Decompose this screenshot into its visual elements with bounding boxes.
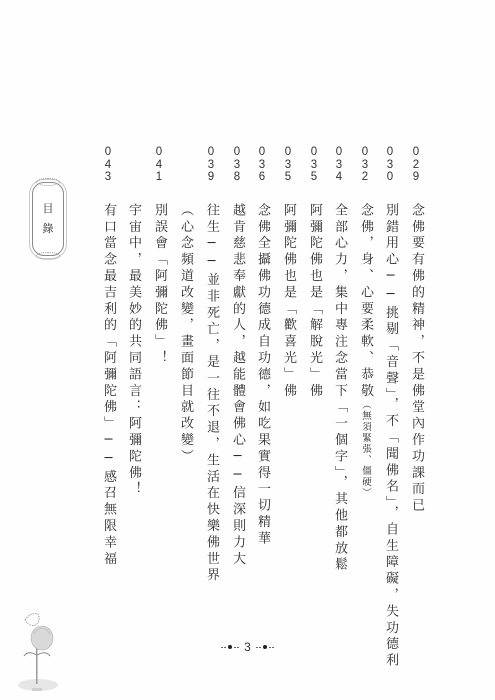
page-number-value: 3 (244, 640, 251, 654)
toc-entry-title: 全部心力，集中專注念當下「一個字」，其他都放鬆 (329, 203, 349, 574)
toc-entry-029: 0 2 9 念佛要有佛的精神，不是佛堂內作功課而已 (406, 146, 426, 515)
book-page: 0 2 9 念佛要有佛的精神，不是佛堂內作功課而已 0 3 0 別錯用心──挑剔… (0, 0, 495, 700)
toc-entry-041-subtitle: 宇宙中，最美妙的共同語言：阿彌陀佛！ (123, 203, 143, 498)
toc-entry-title: 有口當念最吉利的「阿彌陀佛」──感召無限幸福 (98, 203, 118, 568)
toc-entry-032: 0 3 2 念佛，身、心要柔軟、恭敬（無須緊張、僵硬） (355, 146, 375, 499)
toc-page-number: 0 2 9 (413, 146, 419, 190)
toc-entry-041: 0 4 1 別誤會「阿彌陀佛」！ (149, 146, 169, 367)
toc-page-number: 0 3 0 (387, 146, 393, 190)
toc-entry-title: 越肯慈悲奉獻的人，越能體會佛心──信深則力大 (227, 203, 247, 568)
toc-entry-038: 0 3 8 越肯慈悲奉獻的人，越能體會佛心──信深則力大 (227, 146, 247, 568)
toc-entry-note: （無須緊張、僵硬） (360, 400, 371, 499)
toc-entry-title: 別誤會「阿彌陀佛」！ (149, 203, 169, 367)
toc-entry-title: 念佛，身、心要柔軟、恭敬（無須緊張、僵硬） (355, 203, 375, 499)
toc-page-number: 0 3 8 (234, 146, 240, 190)
toc-page-number: 0 3 4 (336, 146, 342, 190)
toc-entry-035-joy: 0 3 5 阿彌陀佛也是「歡喜光」佛 (278, 146, 298, 400)
toc-page-number: 0 4 1 (156, 146, 162, 190)
toc-page-number: 0 3 5 (311, 146, 317, 190)
page-number-ornament-left (221, 645, 239, 649)
toc-entry-title: 念佛要有佛的精神，不是佛堂內作功課而已 (406, 203, 426, 515)
toc-entry-title: 別錯用心──挑剔「音聲」，不「聞佛名」，自生障礙，失功德利 (380, 203, 400, 670)
toc-entry-title: 往生──並非死亡，是一往不退，生活在快樂佛世界 (201, 203, 221, 584)
toc-page-number: 0 3 5 (285, 146, 291, 190)
toc-entry-036: 0 3 6 念佛全攝佛功德成自功德，如吃果實得一切精華 (252, 146, 272, 547)
toc-page-number: 0 4 3 (105, 146, 111, 190)
toc-entry-title: 阿彌陀佛也是「解脫光」佛 (304, 203, 324, 400)
toc-entry-039: 0 3 9 往生──並非死亡，是一往不退，生活在快樂佛世界 (201, 146, 221, 584)
toc-page-number: 0 3 2 (362, 146, 368, 190)
section-label-char: 目 (43, 203, 54, 215)
section-label-char: 錄 (43, 223, 54, 235)
toc-entry-043: 0 4 3 有口當念最吉利的「阿彌陀佛」──感召無限幸福 (98, 146, 118, 568)
toc-entry-035-liberation: 0 3 5 阿彌陀佛也是「解脫光」佛 (304, 146, 324, 400)
toc-entry-title: 阿彌陀佛也是「歡喜光」佛 (278, 203, 298, 400)
toc-entry-034: 0 3 4 全部心力，集中專注念當下「一個字」，其他都放鬆 (329, 146, 349, 574)
toc-page-number: 0 3 6 (259, 146, 265, 190)
toc-entry-title: 念佛全攝佛功德成自功德，如吃果實得一切精華 (252, 203, 272, 547)
toc-page-number: 0 3 9 (208, 146, 214, 190)
page-number-ornament-right (256, 645, 274, 649)
toc-entry-039-subtitle: （心念頻道改變，畫面節目就改變） (175, 203, 195, 465)
page-number: 3 (0, 640, 495, 654)
toc-entry-030: 0 3 0 別錯用心──挑剔「音聲」，不「聞佛名」，自生障礙，失功德利 (380, 146, 400, 670)
section-label-frame: 目 錄 (32, 182, 64, 256)
